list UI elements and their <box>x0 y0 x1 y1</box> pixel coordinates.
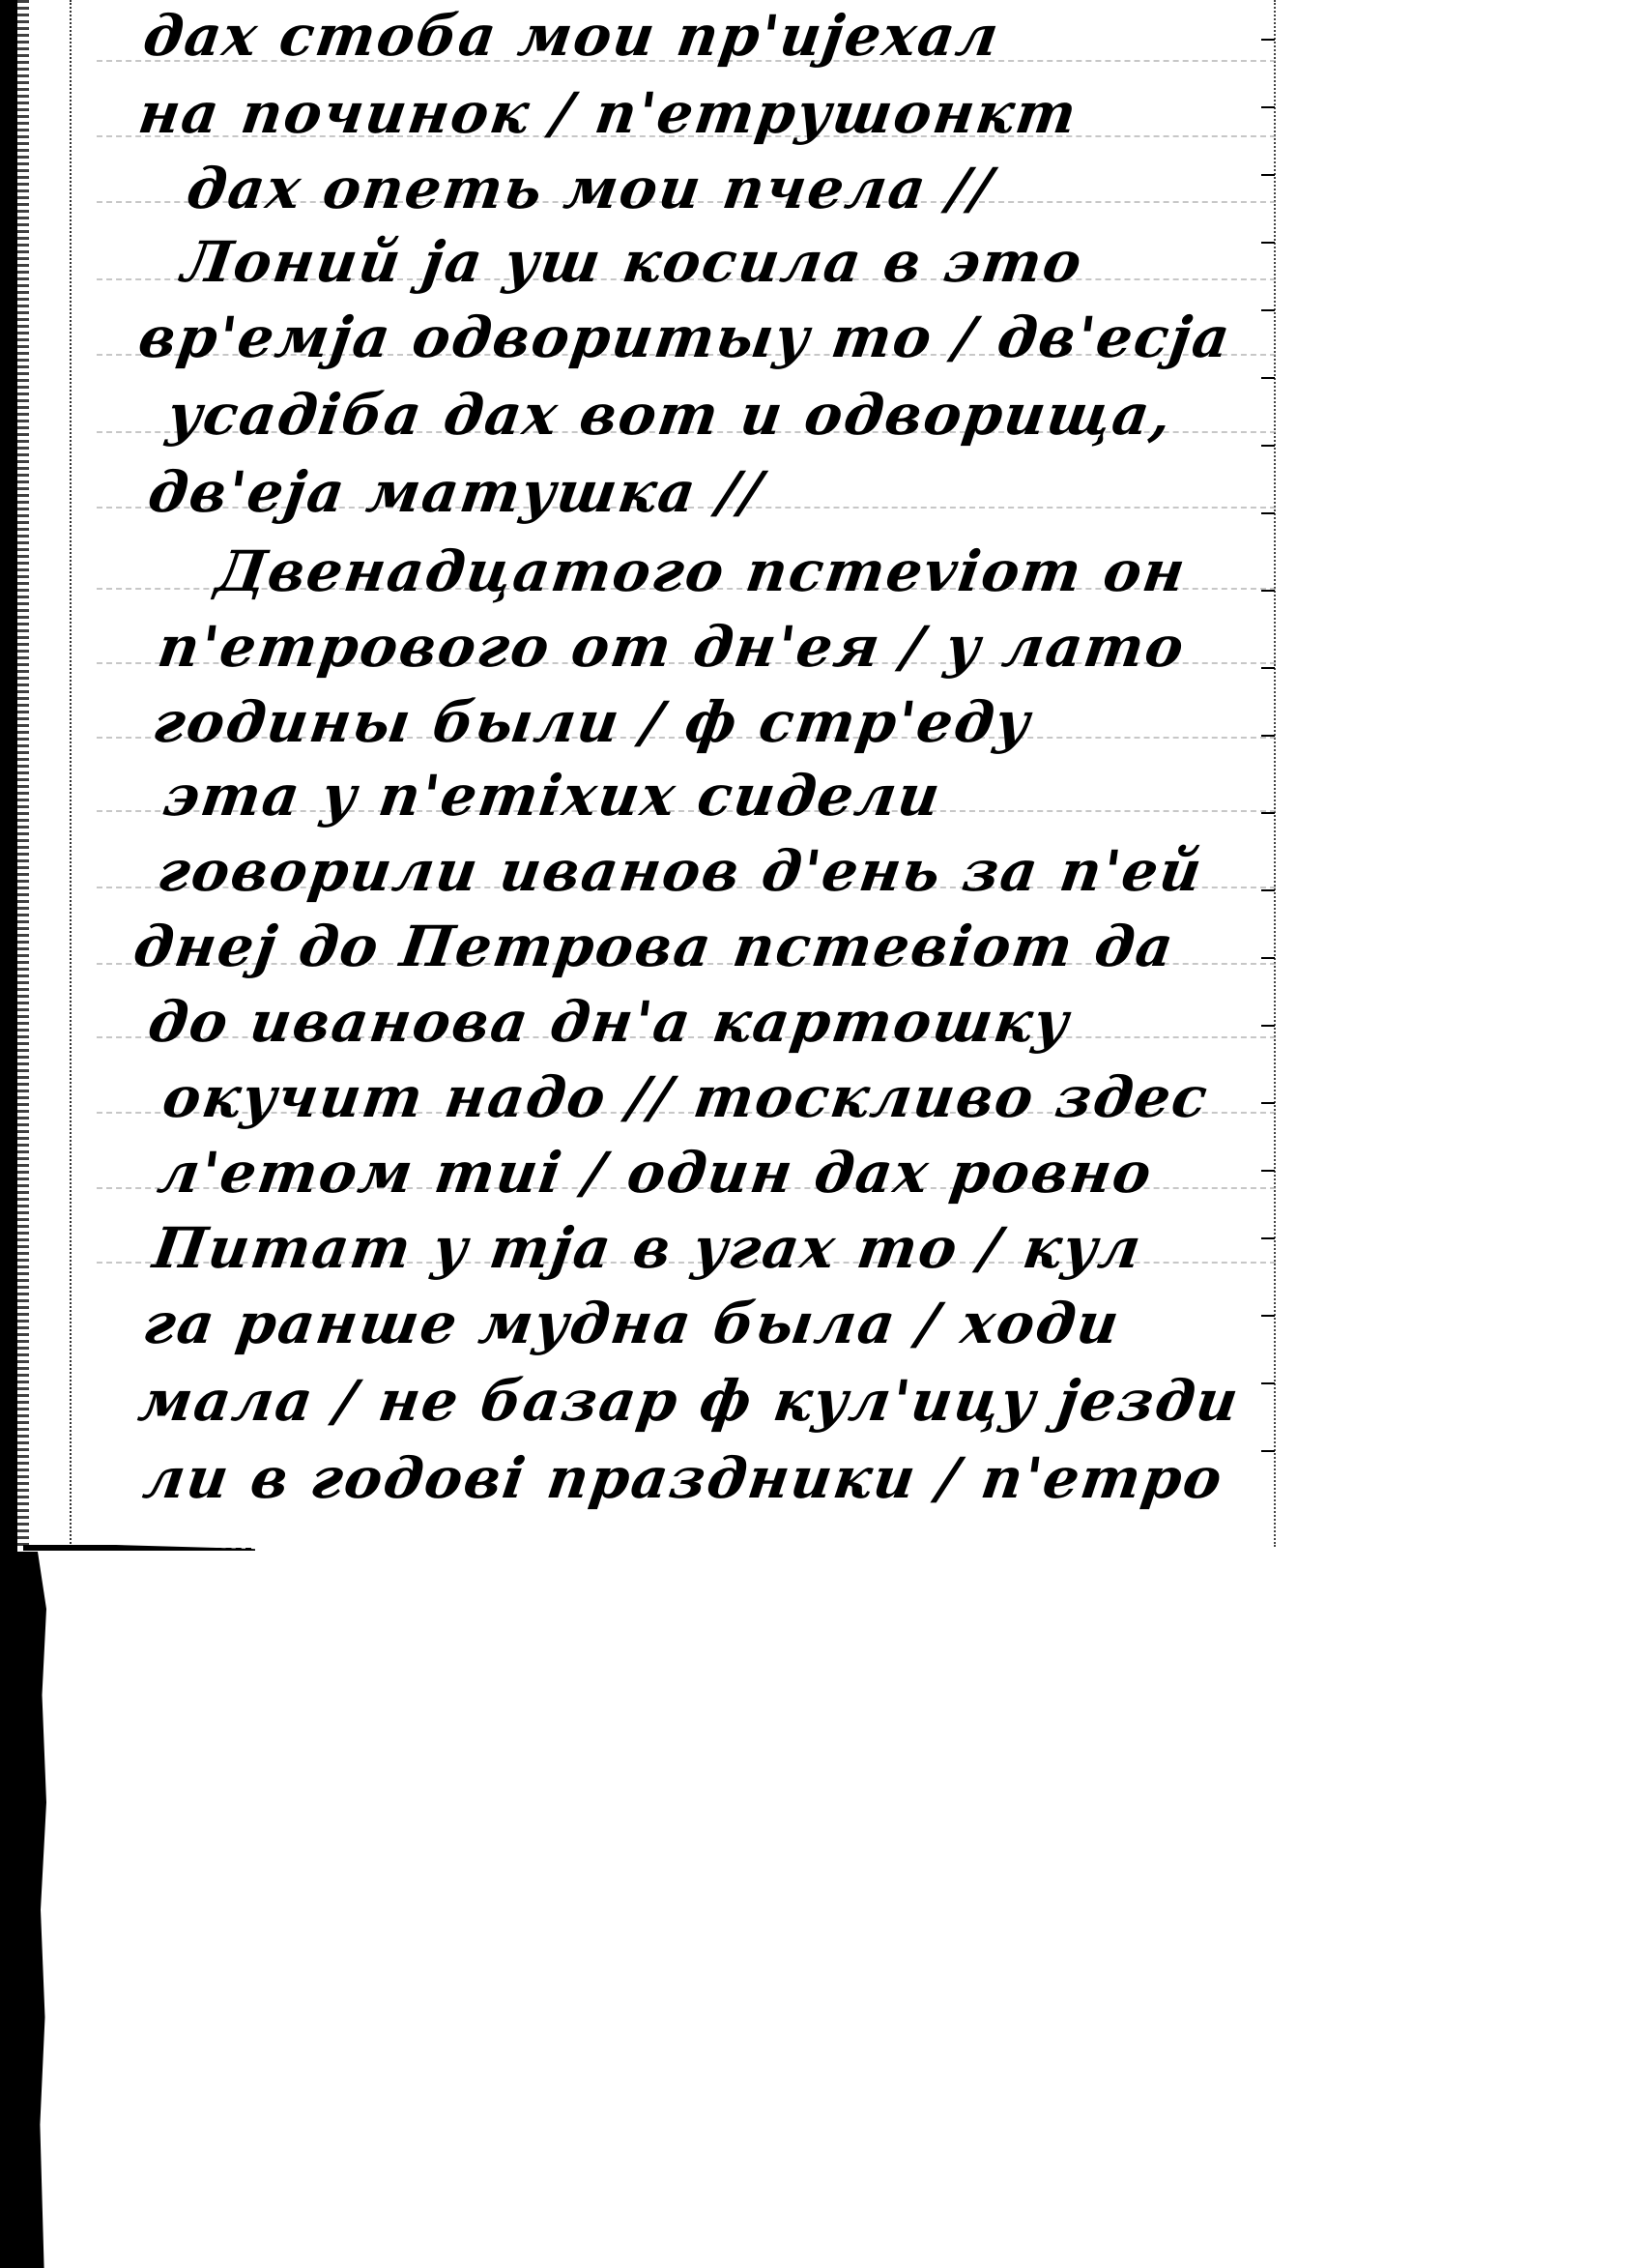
handwritten-line: л'етом тиі / один дах ровно <box>155 1145 1156 1201</box>
scanned-page: дах стоба мои пр'ијехал на починок / п'е… <box>0 0 1643 2268</box>
handwritten-line: дах стоба мои пр'ијехал <box>140 8 1003 64</box>
binding-shadow <box>0 0 17 2268</box>
edge-tick <box>1261 957 1275 959</box>
edge-tick <box>1261 377 1275 379</box>
handwritten-line: Питат у тја в угах то / кул <box>150 1220 1146 1276</box>
edge-tick <box>1261 309 1275 311</box>
binding-edge-texture <box>17 0 29 1547</box>
edge-tick <box>1261 812 1275 814</box>
edge-tick <box>1261 1315 1275 1317</box>
edge-tick <box>1261 1237 1275 1239</box>
handwritten-line: годины были / ф стр'еду <box>150 694 1035 750</box>
handwritten-line: до иванова дн'а картошку <box>145 994 1074 1050</box>
edge-tick <box>1261 1450 1275 1452</box>
edge-tick <box>1261 445 1275 447</box>
page-margin-line <box>70 0 72 1547</box>
edge-tick <box>1261 1102 1275 1104</box>
edge-tick <box>1261 889 1275 891</box>
handwritten-line: га ранше мудна была / ходи <box>140 1295 1124 1352</box>
edge-tick <box>1261 512 1275 514</box>
handwritten-line: дв'еја матушка // <box>145 464 767 520</box>
edge-tick <box>1261 590 1275 592</box>
handwritten-line: вр'емја одворитыу то / дв'есја <box>135 309 1235 365</box>
handwritten-line: говорили иванов д'ень за п'ей <box>155 843 1206 899</box>
edge-tick <box>1261 242 1275 244</box>
binding-shadow-lower <box>17 1552 46 2268</box>
edge-tick <box>1261 667 1275 669</box>
handwritten-line: п'етрового от дн'ея / у лато <box>155 619 1189 675</box>
edge-tick <box>1261 1382 1275 1384</box>
handwritten-line: Лоний ја уш косила в это <box>179 234 1086 290</box>
handwritten-line: Двенадцатого пстеvіот он <box>213 543 1190 599</box>
handwritten-line: окучит надо // тоскливо здес <box>159 1069 1212 1125</box>
handwritten-line: мала / не базар ф кул'ицу језди <box>135 1373 1243 1429</box>
handwritten-line: усадіба дах вот и одворища, <box>164 387 1176 443</box>
page-bottom-rule <box>87 1548 251 1550</box>
handwritten-line: эта у п'етіхих сидели <box>159 768 945 824</box>
handwritten-line: днеј до Петрова пстевіот да <box>130 918 1178 974</box>
edge-tick <box>1261 174 1275 176</box>
edge-tick <box>1261 39 1275 41</box>
handwritten-line: на починок / п'етрушонкт <box>135 85 1081 141</box>
edge-tick <box>1261 1170 1275 1172</box>
edge-tick <box>1261 1025 1275 1027</box>
handwritten-line: ли в годові праздники / п'етро <box>140 1450 1226 1506</box>
edge-tick <box>1261 106 1275 108</box>
handwritten-line: дах опеть мои пчела // <box>184 160 997 217</box>
